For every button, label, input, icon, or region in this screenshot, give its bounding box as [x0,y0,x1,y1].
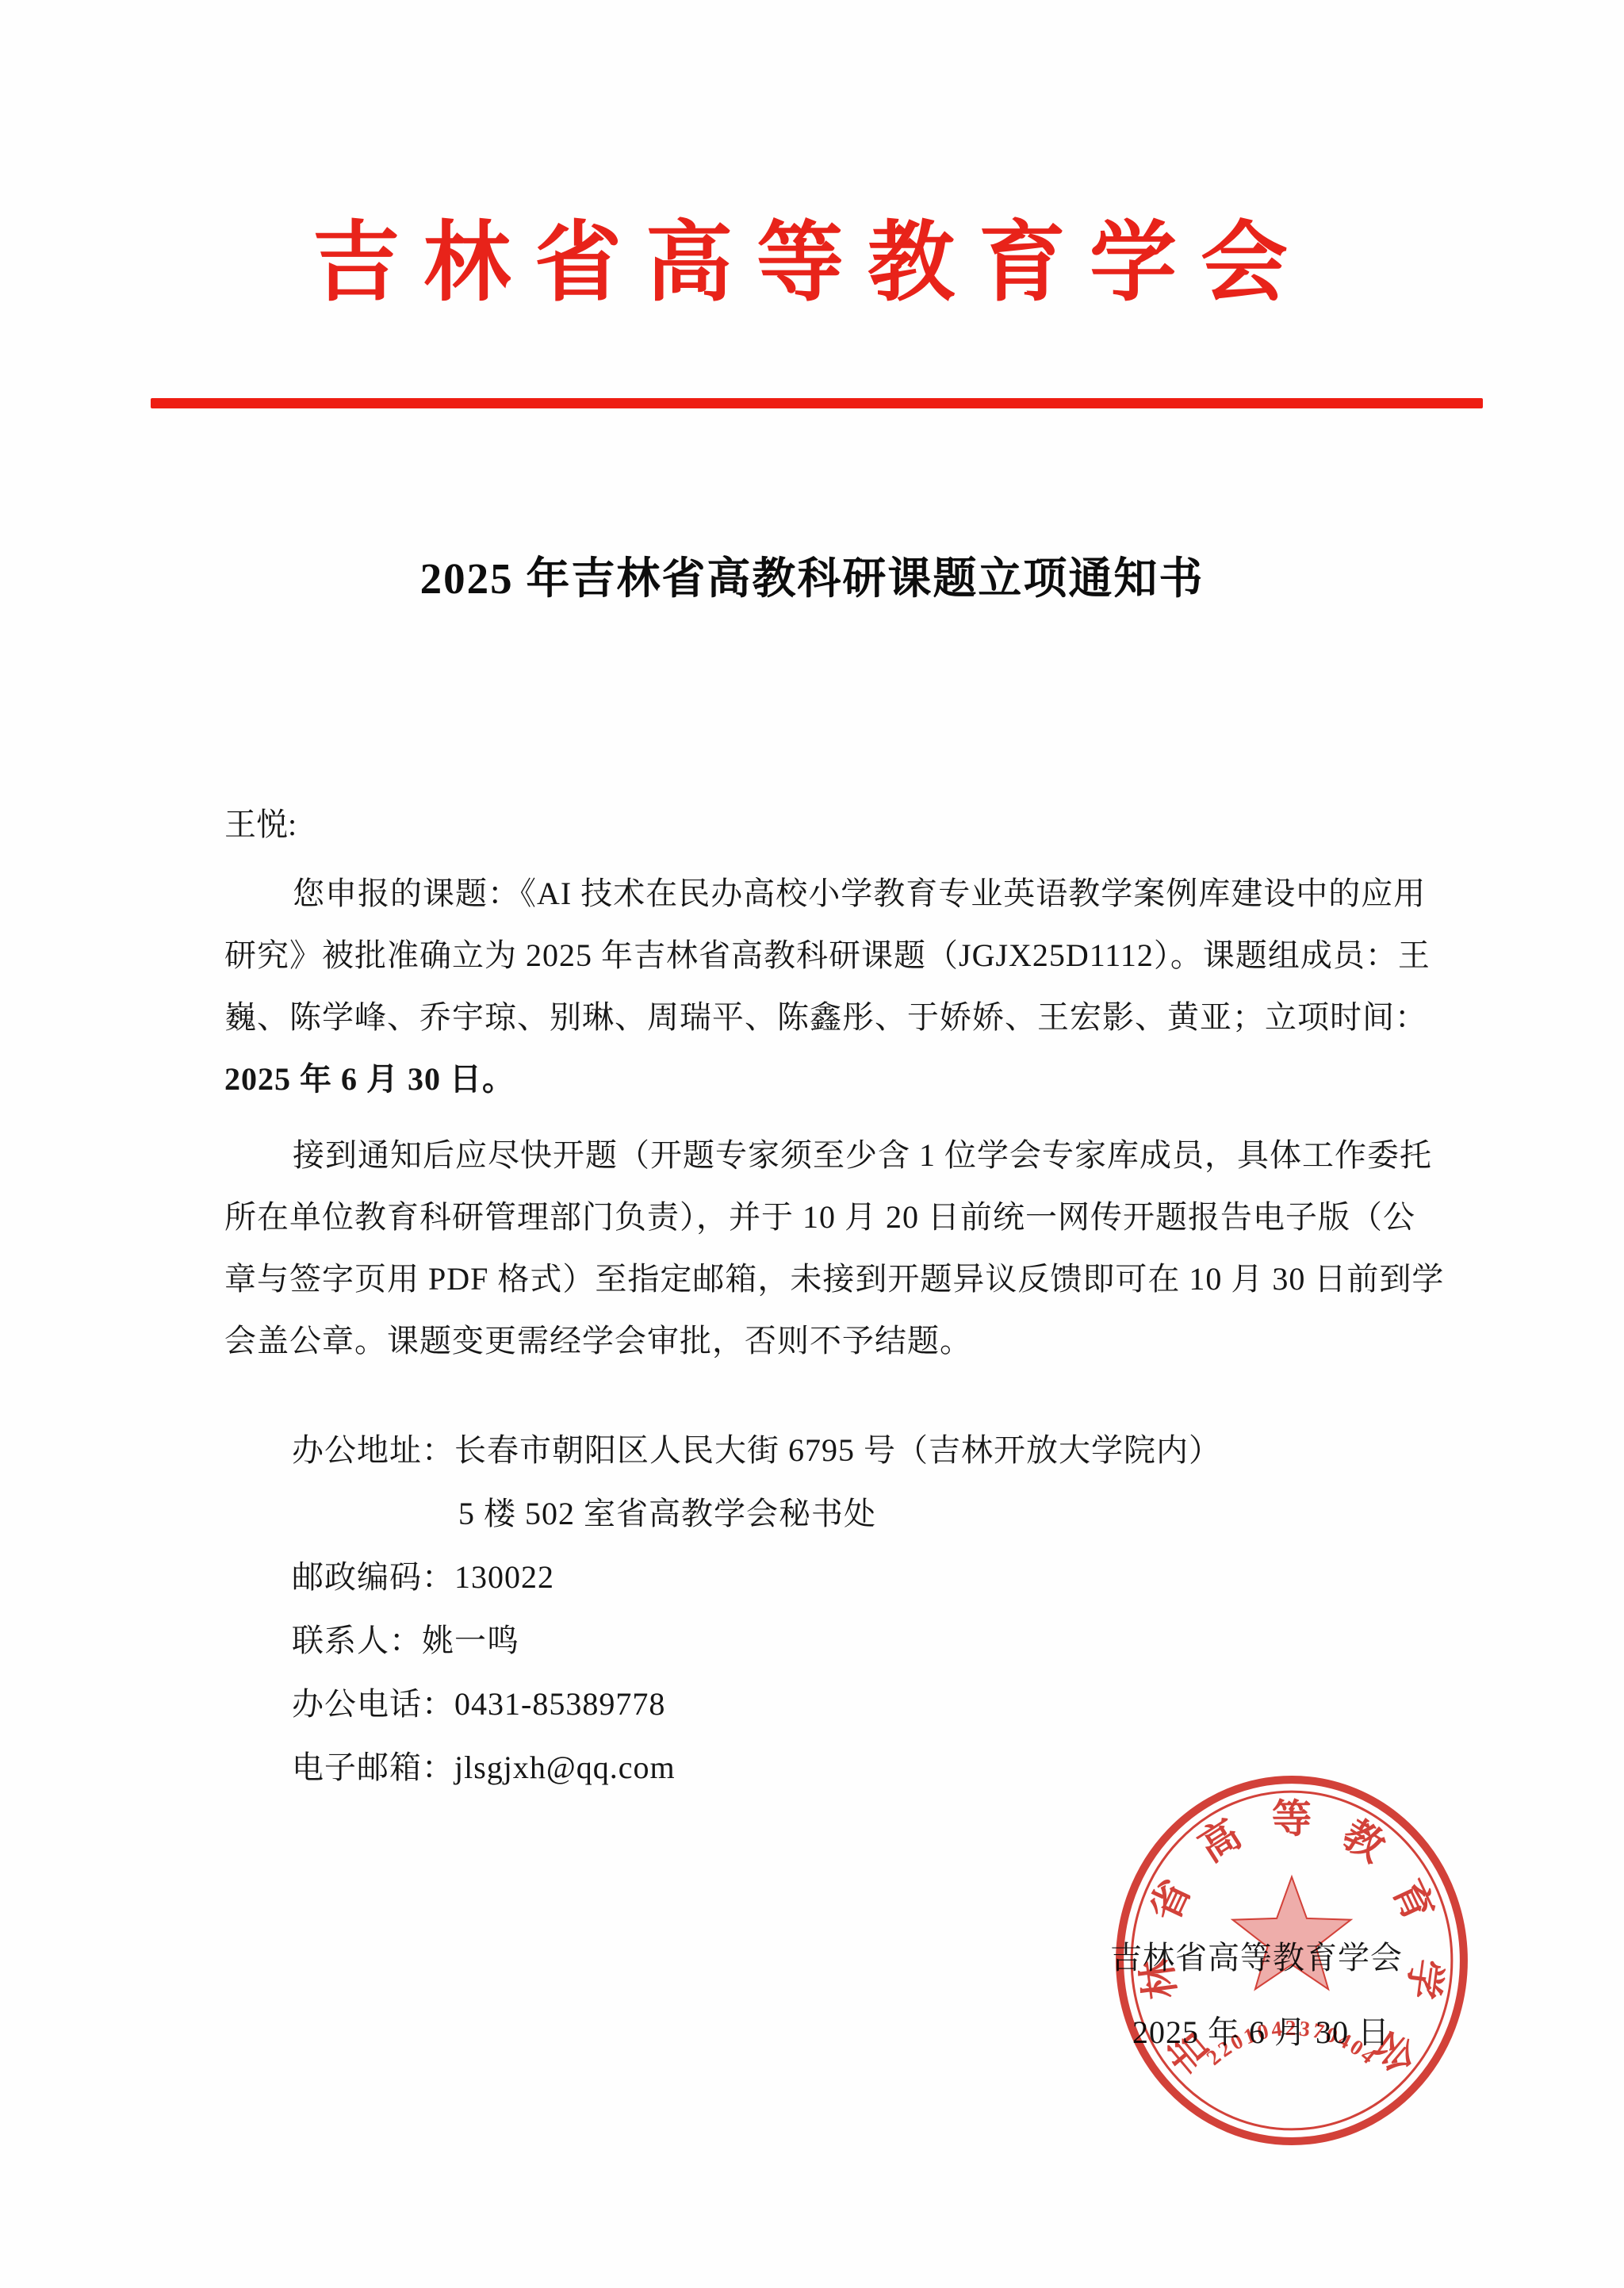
body-line: 巍、陈学峰、乔宇琼、别琳、周瑞平、陈鑫彤、于娇娇、王宏影、黄亚；立项时间： [224,983,1414,1045]
greeting-recipient: 王悦: [224,807,297,842]
seal-char: 教 [1335,1811,1392,1871]
letterhead-divider-line [151,398,1483,408]
contact-block: 办公地址：长春市朝阳区人民大街 6795 号（吉林开放大学院内） 5 楼 502… [292,1416,1402,1796]
seal-char: 林 [1135,1956,1184,2002]
body-line: 会盖公章。课题变更需经学会审批，否则不予结题。 [224,1307,1414,1369]
body-line: 您申报的课题：《AI 技术在民办高校小学教育专业英语教学案例库建设中的应用 [224,860,1414,922]
seal-char: 高 [1191,1811,1248,1870]
letter-page: 吉林省高等教育学会 2025 年吉林省高教科研课题立项通知书 王悦: 您申报的课… [0,0,1624,2288]
body-line: 章与签字页用 PDF 格式）至指定邮箱，未接到开题异议反馈即可在 10 月 30… [224,1245,1414,1307]
contact-person: 联系人：姚一鸣 [292,1606,1402,1669]
contact-phone: 办公电话：0431-85389778 [292,1669,1402,1733]
seal-char: 等 [1272,1796,1312,1841]
contact-address-line2: 5 楼 502 室省高教学会秘书处 [292,1479,1402,1543]
body-line: 研究》被批准确立为 2025 年吉林省高教科研课题（JGJX25D1112）。课… [224,922,1414,983]
body-line: 2025 年 6 月 30 日。 [224,1045,1414,1107]
body-line: 所在单位教育科研管理部门负责），并于 10 月 20 日前统一网传开题报告电子版… [224,1183,1414,1245]
seal-star-icon [1232,1877,1350,1990]
contact-postcode: 邮政编码：130022 [292,1543,1402,1606]
official-seal: 吉 林 省 高 等 教 育 学 会 2201042370404 [1113,1772,1471,2146]
paragraph-approval: 您申报的课题：《AI 技术在民办高校小学教育专业英语教学案例库建设中的应用 研究… [224,860,1414,1107]
contact-address-line1: 办公地址：长春市朝阳区人民大街 6795 号（吉林开放大学院内） [292,1416,1402,1479]
seal-char: 学 [1400,1956,1449,2002]
body-line: 接到通知后应尽快开题（开题专家须至少含 1 位学会专家库成员，具体工作委托 [224,1121,1414,1183]
paragraph-instructions: 接到通知后应尽快开题（开题专家须至少含 1 位学会专家库成员，具体工作委托 所在… [224,1121,1414,1369]
letterhead-org-name: 吉林省高等教育学会 [0,216,1624,311]
seal-code-number: 2201042370404 [1202,2016,1382,2070]
document-title: 2025 年吉林省高教科研课题立项通知书 [0,555,1624,603]
